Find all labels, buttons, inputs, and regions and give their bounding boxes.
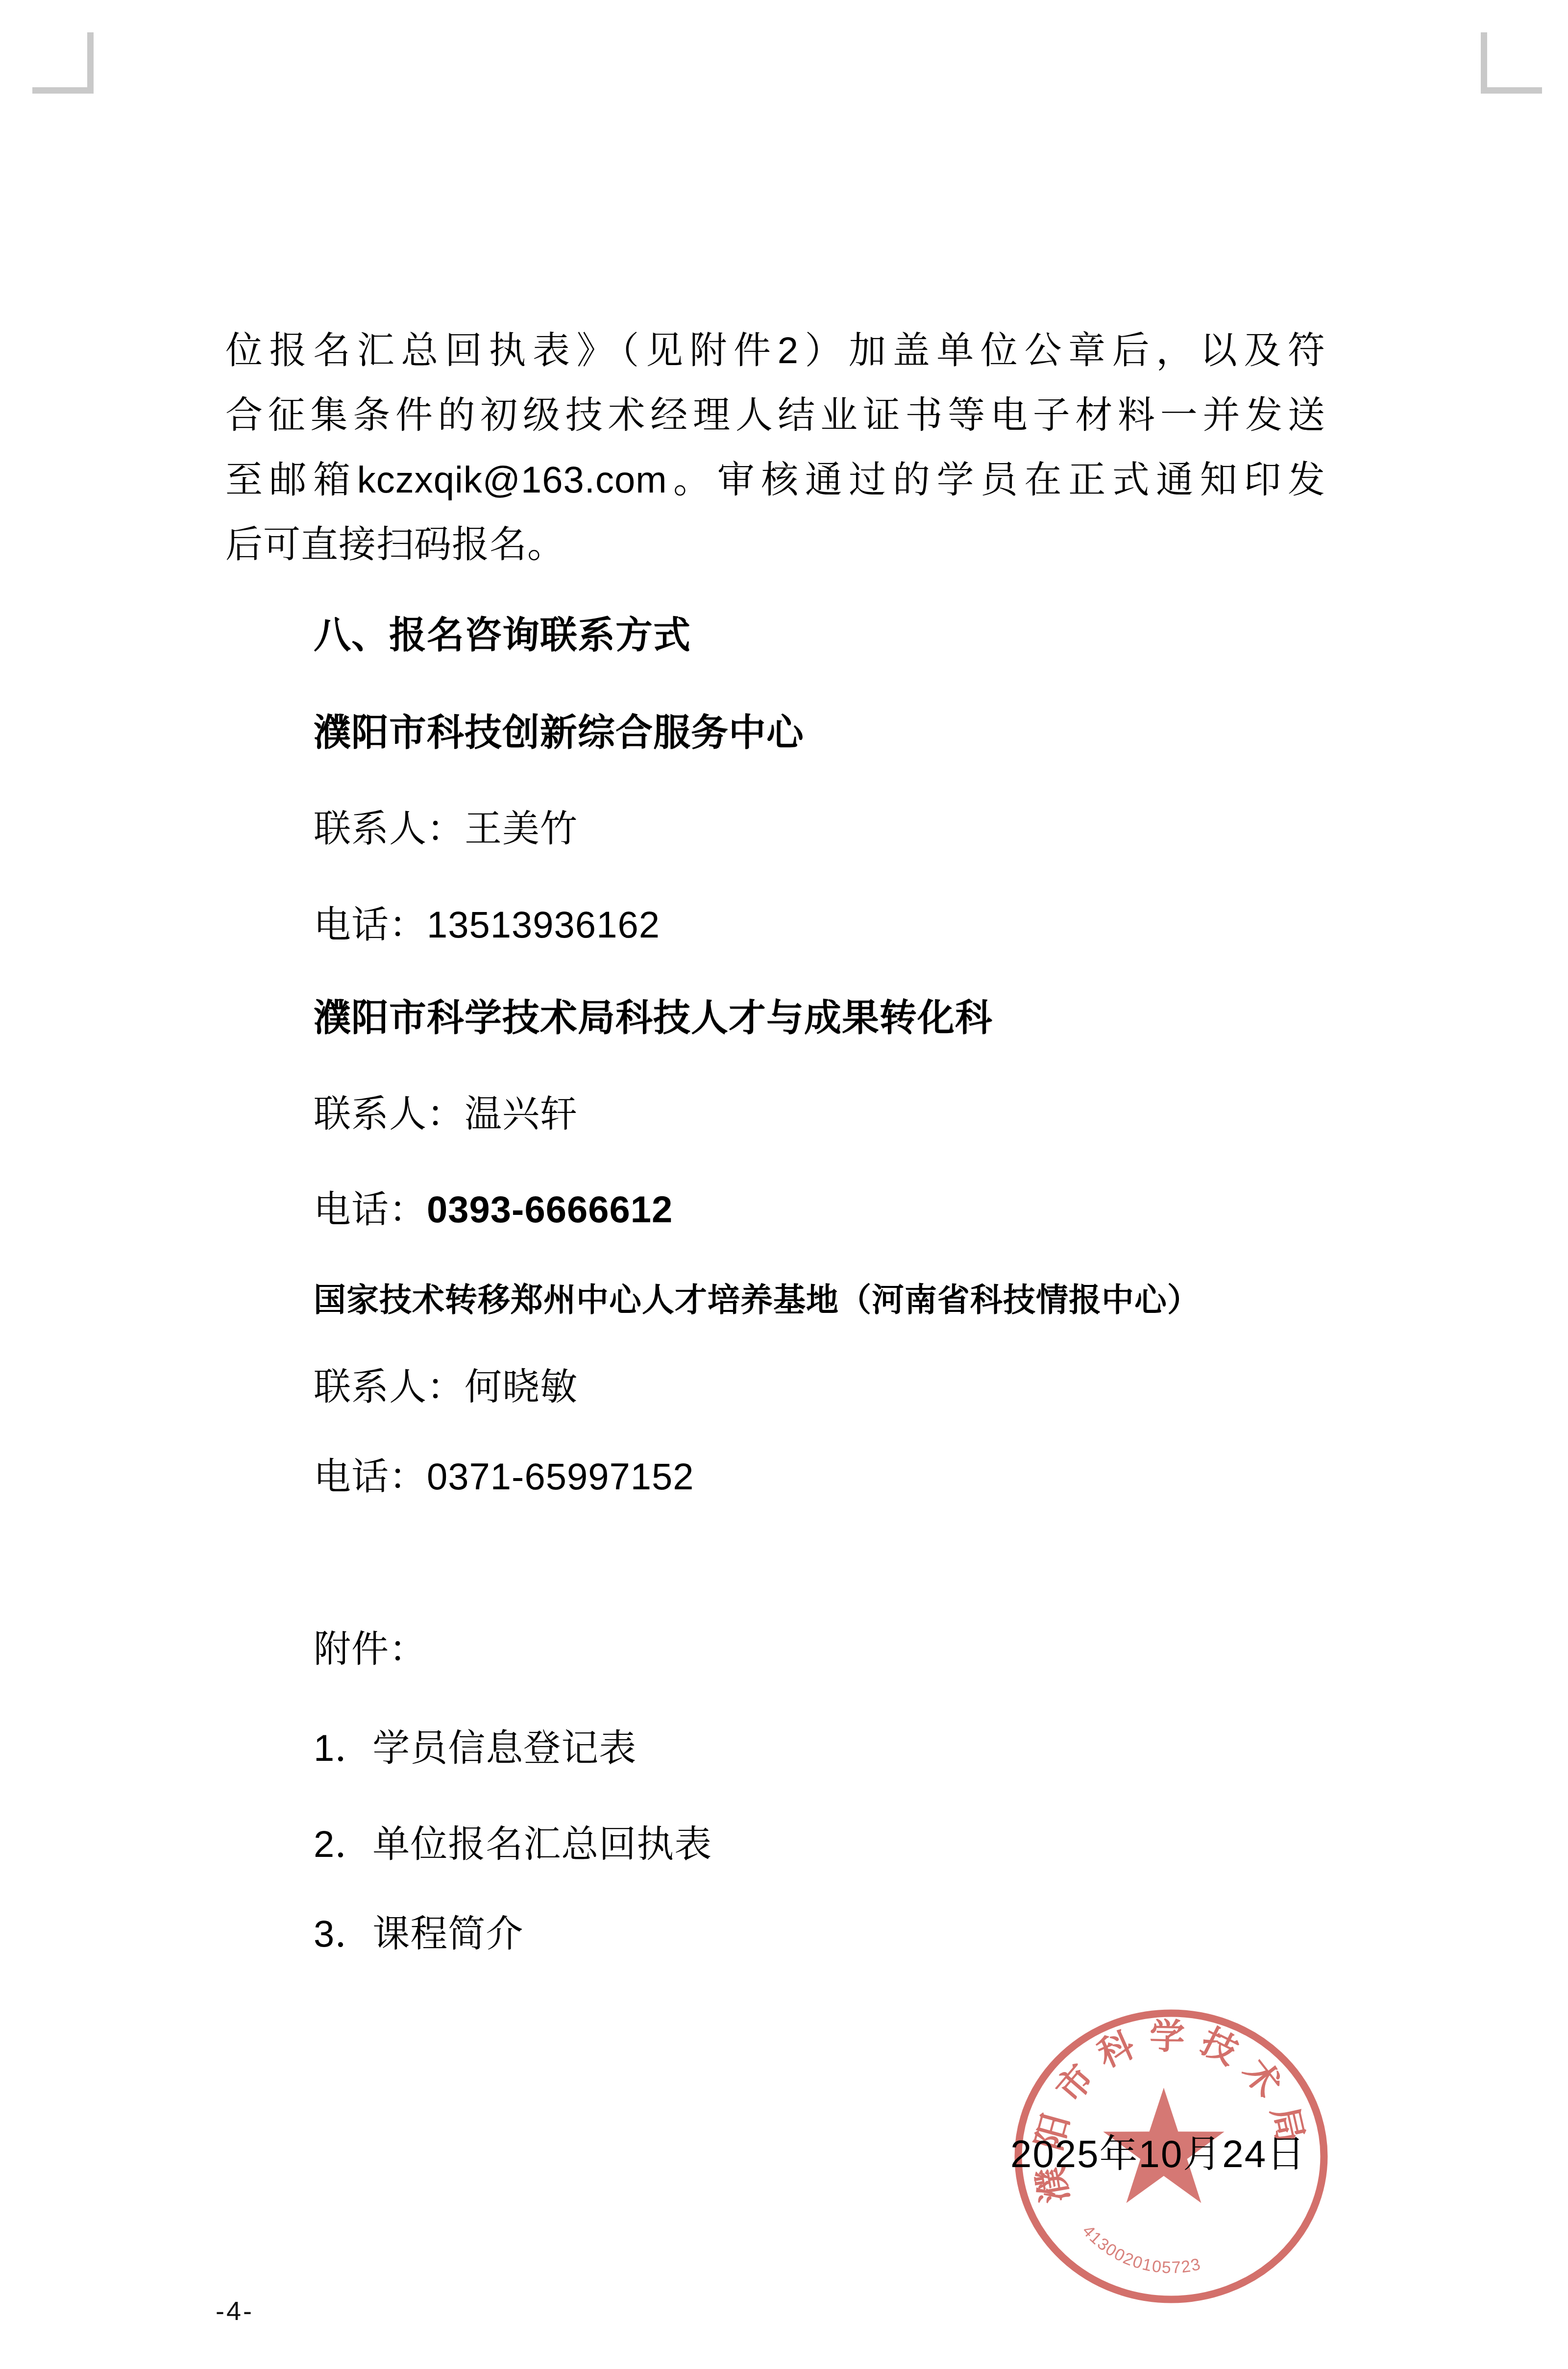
body-paragraph-line: 合征集条件的初级技术经理人结业证书等电子材料一并发送 [225,383,1325,448]
page-number: -4- [216,2292,254,2331]
attachment-item: 3．课程简介 [314,1902,523,1966]
contact-person: 联系人：王美竹 [314,797,578,861]
contact-phone: 电话：0393-6666612 [314,1178,673,1242]
contact-person: 联系人：何晓敏 [314,1356,578,1419]
body-paragraph-line: 位报名汇总回执表》（见附件2）加盖单位公章后，以及符 [225,319,1325,383]
crop-mark-top-left [32,32,94,94]
phone-label: 电话： [314,1456,427,1498]
seal-code: 4130020105723 [1078,2221,1203,2277]
crop-mark-top-right [1481,32,1542,94]
body-paragraph-line: 后可直接扫码报名。 [225,513,1325,577]
contact-phone: 电话：0371-65997152 [314,1445,694,1509]
contact-person: 联系人：温兴轩 [314,1083,578,1146]
phone-label: 电话： [314,1189,427,1231]
phone-number: 0393-6666612 [427,1189,673,1231]
phone-number: 0371-65997152 [427,1456,694,1498]
svg-text:4130020105723: 4130020105723 [1078,2221,1203,2277]
attachment-item: 2．单位报名汇总回执表 [314,1813,712,1876]
contact-org: 国家技术转移郑州中心人才培养基地（河南省科技情报中心） [314,1270,1200,1329]
section-heading: 八、报名咨询联系方式 [314,604,691,667]
attachments-label: 附件： [314,1618,427,1681]
contact-org: 濮阳市科技创新综合服务中心 [314,701,804,765]
contact-org: 濮阳市科学技术局科技人才与成果转化科 [314,987,993,1050]
body-paragraph-line: 至邮箱kczxqik@163.com。审核通过的学员在正式通知印发 [225,448,1325,513]
contact-phone: 电话：13513936162 [314,893,660,957]
attachment-item: 1．学员信息登记表 [314,1717,637,1780]
phone-number: 13513936162 [427,904,660,946]
phone-label: 电话： [314,904,427,946]
issue-date: 2025年10月24日 [1010,2127,1306,2181]
document-page: 位报名汇总回执表》（见附件2）加盖单位公章后，以及符 合征集条件的初级技术经理人… [0,0,1568,2369]
